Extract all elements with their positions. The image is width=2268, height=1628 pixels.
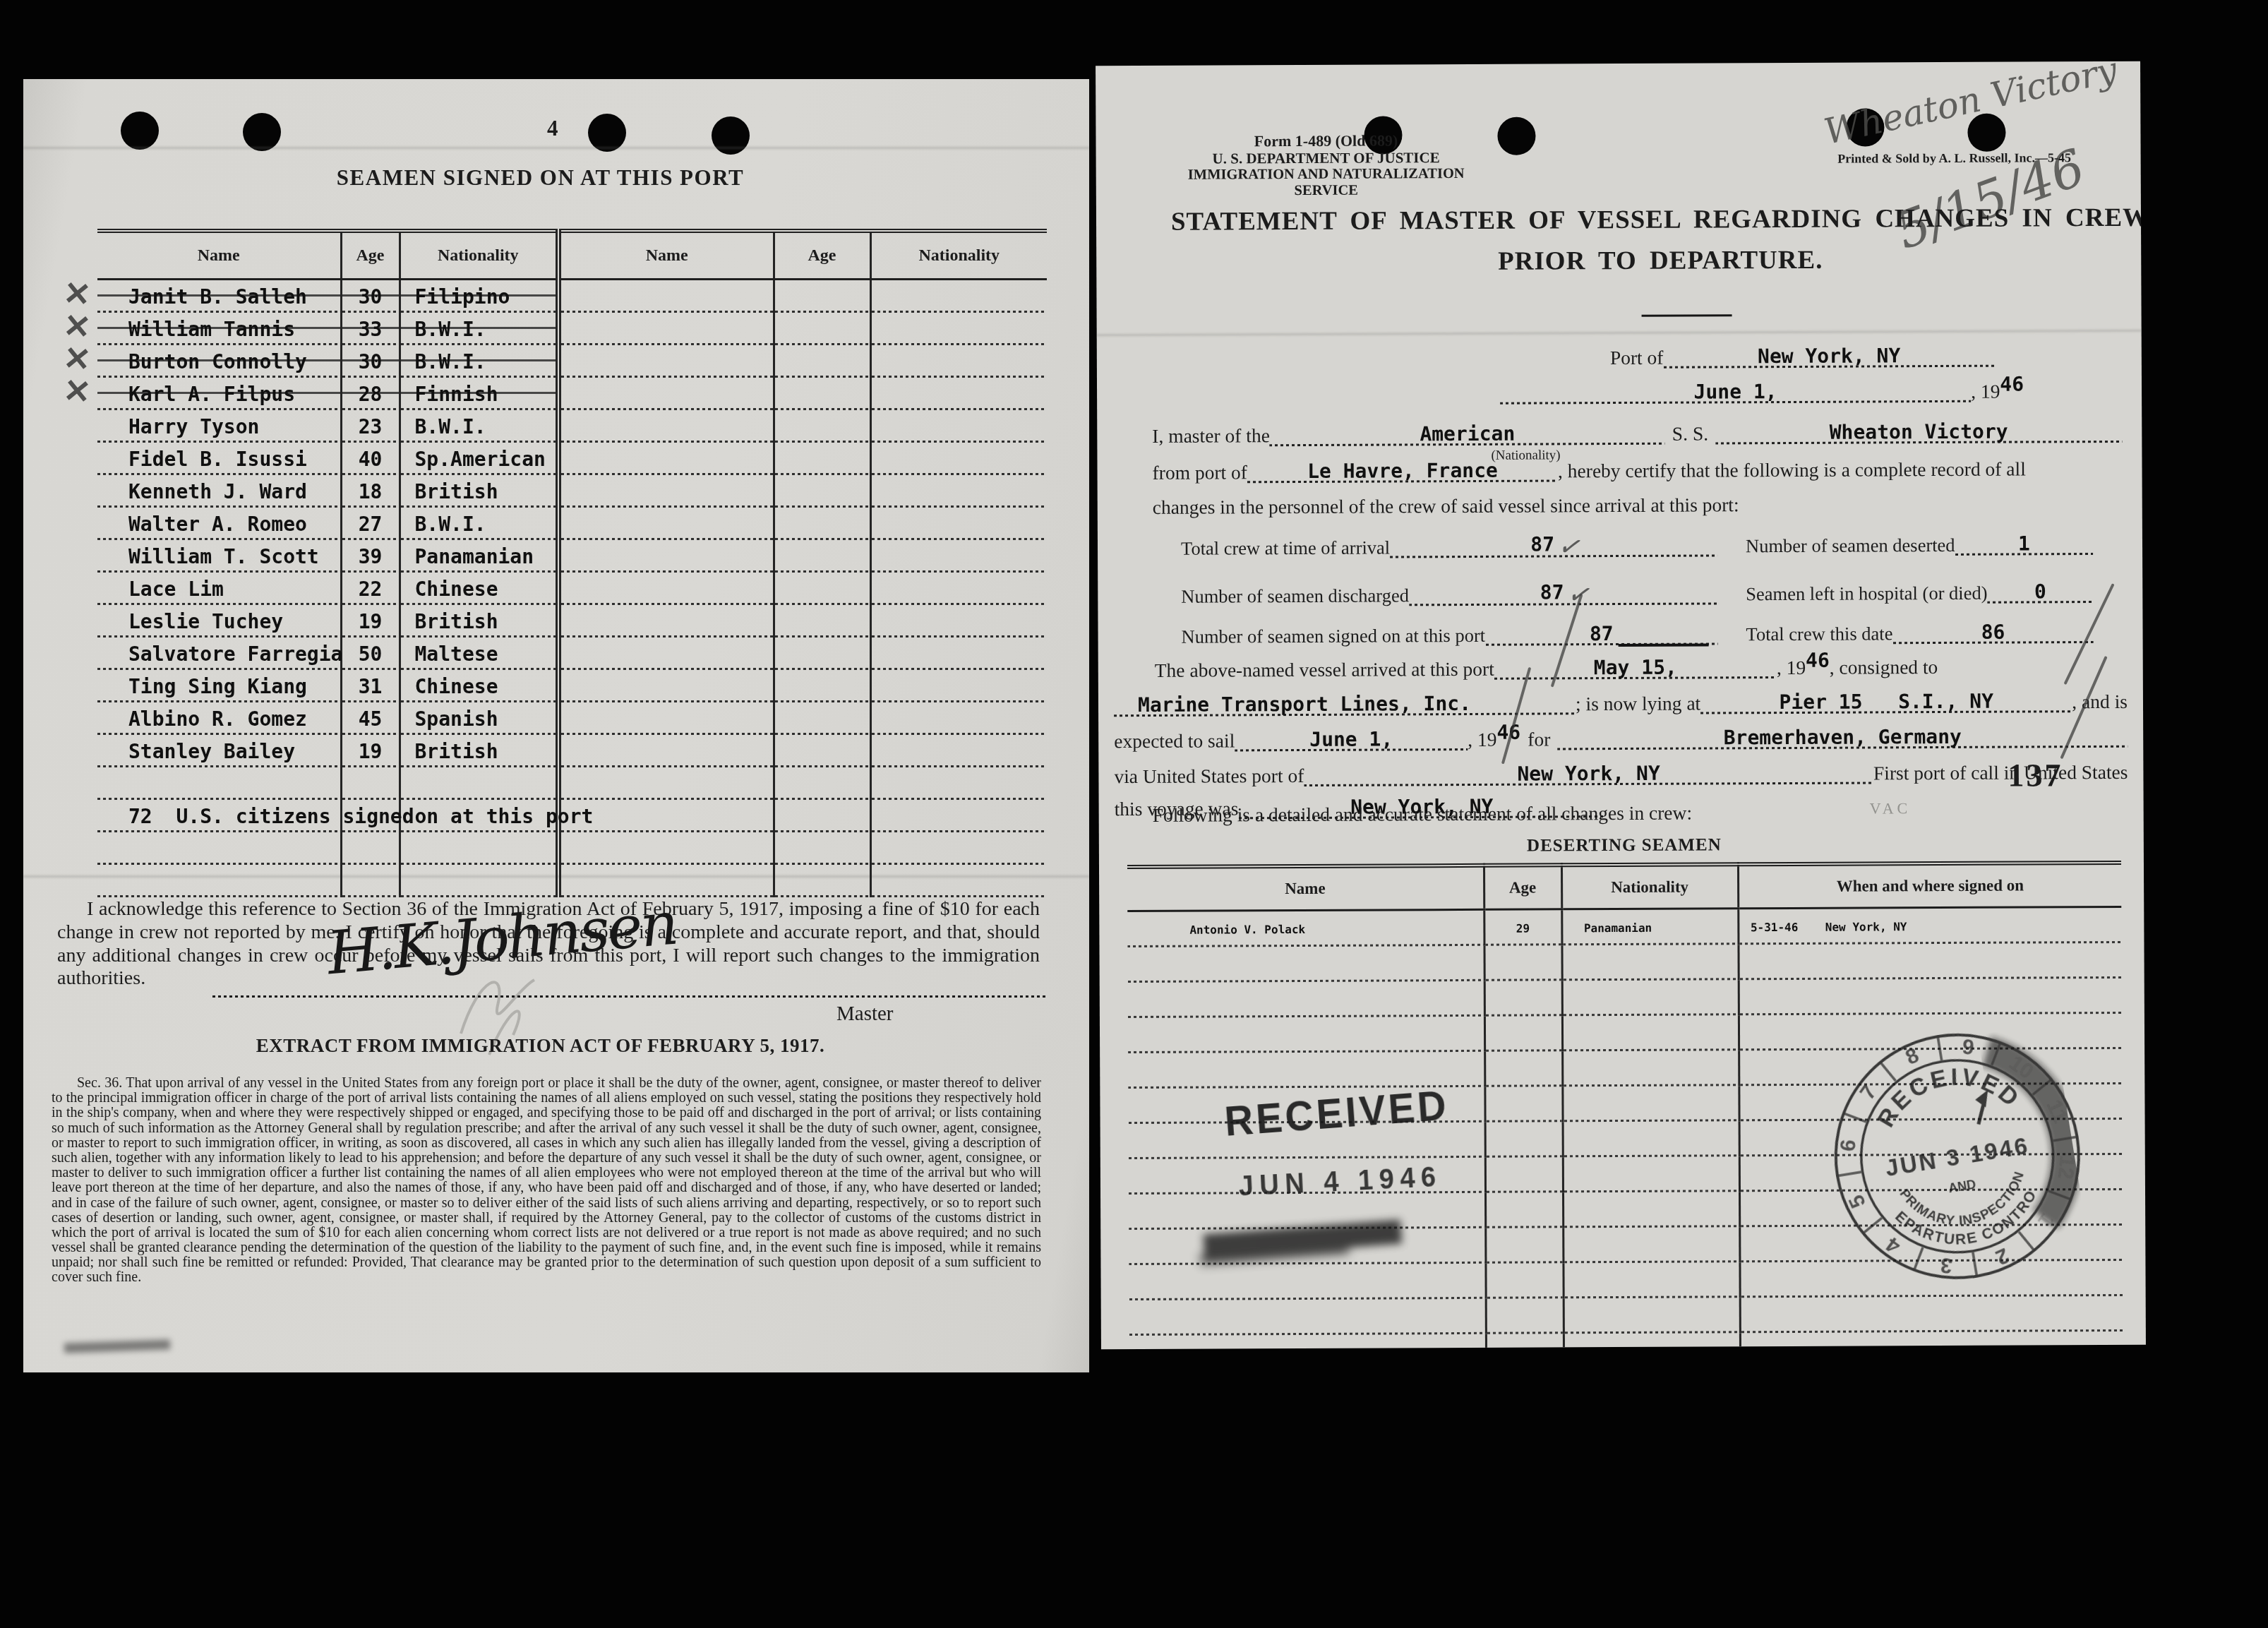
empty-cell — [870, 410, 1047, 443]
seaman-age: 19 — [341, 735, 400, 767]
empty-cell — [558, 410, 774, 443]
empty-cell — [774, 410, 870, 443]
stat-label: Total crew at time of arrival — [1181, 537, 1390, 559]
col-header-nationality: Nationality — [1561, 864, 1738, 909]
col-header-age: Age — [341, 231, 400, 280]
seaman-name: Kenneth J. Ward — [97, 475, 341, 508]
document-number: 137 — [2008, 756, 2063, 794]
empty-cell — [774, 605, 870, 638]
left-page: 4 SEAMEN SIGNED ON AT THIS PORT Name Age… — [23, 79, 1089, 1372]
lying-label: ; is now lying at — [1576, 693, 1700, 716]
seaman-row: Karl A. Filpus28Finnish — [97, 378, 1047, 410]
seaman-row: Lace Lim22Chinese — [97, 573, 1047, 605]
stat-value: 86 — [1981, 621, 2005, 644]
stat-field: 1 — [1955, 532, 2093, 556]
empty-cell — [558, 605, 774, 638]
seaman-row: Walter A. Romeo27B.W.I. — [97, 508, 1047, 540]
seaman-row: William Tannis33B.W.I. — [97, 313, 1047, 345]
first-port-label: First port of call in United States — [1873, 761, 2128, 785]
ss-label: S. S. — [1665, 422, 1715, 445]
seaman-row: Salvatore Farregia50Maltese — [97, 638, 1047, 670]
printer-note: Printed & Sold by A. L. Russell, Inc.—5-… — [1802, 150, 2107, 167]
empty-cell — [558, 508, 774, 540]
empty-cell — [870, 605, 1047, 638]
consignee-value: Marine Transport Lines, Inc. — [1138, 692, 1471, 717]
stat-field: 87 — [1409, 574, 1718, 606]
empty-cell — [774, 378, 870, 410]
seaman-row: Burton Connolly30B.W.I. — [97, 345, 1047, 378]
col-header-signed-on: When and where signed on — [1738, 863, 2121, 909]
punch-hole — [121, 112, 159, 150]
col-header-age: Age — [774, 231, 870, 280]
form-heading-block: Form 1-489 (Old 689) U. S. DEPARTMENT OF… — [1156, 132, 1495, 200]
arrived-date-field: May 15, — [1494, 656, 1777, 681]
seaman-name: Stanley Bailey — [97, 735, 341, 767]
seaman-name: Walter A. Romeo — [97, 508, 341, 540]
seaman-age: 22 — [341, 573, 400, 605]
lying-value: Pier 15 S.I., NY — [1779, 690, 1993, 714]
page-number: 4 — [547, 116, 558, 141]
extract-body: Sec. 36. That upon arrival of any vessel… — [52, 1076, 1041, 1286]
destination-field: Bremerhaven, Germany — [1557, 725, 2128, 751]
seaman-name: Burton Connolly — [97, 345, 341, 378]
arrival-line-2: Marine Transport Lines, Inc. ; is now ly… — [1114, 690, 2128, 717]
round-received-stamp: 123456789101112 RECEIVED JUN 3 1946 PRIM… — [1819, 1018, 2096, 1295]
punch-hole — [243, 113, 281, 151]
empty-cell — [774, 638, 870, 670]
stat-label: Number of seamen deserted — [1746, 534, 1955, 557]
from-port-line: from port of Le Havre, France , hereby c… — [1152, 457, 2122, 484]
seaman-name: Albino R. Gomez — [97, 702, 341, 735]
col-header-name: Name — [558, 231, 774, 280]
empty-cell — [774, 475, 870, 508]
nationality-field: American (Nationality) — [1270, 422, 1665, 447]
stat-value: 87 — [1540, 580, 1564, 604]
from-port-field: Le Havre, France — [1247, 459, 1558, 484]
seaman-nationality: B.W.I. — [400, 313, 558, 345]
empty-cell — [558, 378, 774, 410]
seaman-nationality: Panamanian — [400, 540, 558, 573]
seaman-name: Lace Lim — [97, 573, 341, 605]
arrival-line-1: The above-named vessel arrived at this p… — [1114, 654, 2128, 682]
seaman-row: Ting Sing Kiang31Chinese — [97, 670, 1047, 702]
seaman-age: 31 — [341, 670, 400, 702]
empty-row — [97, 865, 1047, 897]
department-name: U. S. DEPARTMENT OF JUSTICE — [1157, 149, 1496, 167]
seaman-row: Harry Tyson23B.W.I. — [97, 410, 1047, 443]
crew-statistics: Total crew at time of arrival 87 Number … — [1181, 525, 2122, 648]
empty-cell — [870, 378, 1047, 410]
stamp-date-text: JUN 3 1946 — [1883, 1132, 2031, 1182]
seaman-row: Leslie Tuchey19British — [97, 605, 1047, 638]
empty-row — [1127, 943, 2121, 983]
empty-cell — [870, 638, 1047, 670]
empty-cell — [774, 540, 870, 573]
via-value: New York, NY — [1517, 762, 1660, 786]
seaman-row: Fidel B. Isussi40Sp.American — [97, 443, 1047, 475]
summary-text-right: on at this port — [400, 800, 558, 832]
empty-cell — [774, 702, 870, 735]
seaman-name: Ting Sing Kiang — [97, 670, 341, 702]
stat-value: 87 — [1590, 622, 1614, 645]
seaman-nationality: British — [400, 735, 558, 767]
empty-cell — [870, 573, 1047, 605]
seaman-name: Leslie Tuchey — [97, 605, 341, 638]
seaman-name: William Tannis — [97, 313, 341, 345]
port-of-line: Port of New York, NY — [1610, 345, 1995, 369]
scanned-crew-document: 4 SEAMEN SIGNED ON AT THIS PORT Name Age… — [0, 0, 2268, 1628]
empty-cell — [341, 800, 400, 832]
empty-cell — [558, 313, 774, 345]
following-text: Following is a detailed and accurate sta… — [1153, 802, 1693, 827]
col-header-age: Age — [1484, 865, 1561, 909]
seaman-age: 50 — [341, 638, 400, 670]
empty-cell — [774, 508, 870, 540]
empty-cell — [774, 345, 870, 378]
empty-cell — [774, 443, 870, 475]
stat-field: 86 — [1892, 621, 2093, 645]
stat-value: 1 — [2018, 532, 2030, 555]
arrival-line-4: via United States port of New York, NY F… — [1114, 760, 2128, 788]
deserter-signed-on: 5-31-46 New York, NY — [1738, 906, 2121, 945]
seaman-name: Janit B. Salleh — [97, 280, 341, 313]
empty-cell — [558, 800, 774, 832]
consigned-label: , consigned to — [1830, 656, 1938, 679]
port-label: Port of — [1610, 347, 1664, 369]
extract-title: EXTRACT FROM IMMIGRATION ACT OF FEBRUARY… — [66, 1035, 1015, 1057]
seaman-age: 18 — [341, 475, 400, 508]
empty-cell — [774, 313, 870, 345]
empty-cell — [870, 702, 1047, 735]
empty-cell — [774, 573, 870, 605]
date-field: June 1, — [1500, 380, 1971, 405]
seaman-age: 27 — [341, 508, 400, 540]
stat-line: Seamen left in hospital (or died) 0 — [1746, 573, 2121, 605]
seaman-nationality: Sp.American — [400, 443, 558, 475]
empty-row — [1128, 978, 2122, 1018]
document-title-line2: PRIOR TO DEPARTURE. — [1166, 244, 2146, 278]
date-value: June 1, — [1693, 380, 1777, 404]
stamp-dial-number: 8 — [1902, 1043, 1923, 1070]
sail-date-field: June 1, — [1235, 728, 1468, 752]
stat-value: 0 — [2034, 580, 2046, 603]
stat-value: 87 — [1530, 532, 1554, 556]
seaman-nationality: Finnish — [400, 378, 558, 410]
certify-text: , hereby certify that the following is a… — [1558, 457, 2026, 482]
master-label: Master — [836, 1002, 894, 1026]
seaman-age: 30 — [341, 345, 400, 378]
empty-cell — [870, 508, 1047, 540]
deserter-nationality: Panamanian — [1561, 909, 1738, 946]
stamp-dial-number: 4 — [1882, 1232, 1905, 1258]
ink-smudge — [64, 1339, 170, 1353]
empty-cell — [558, 540, 774, 573]
seaman-nationality: B.W.I. — [400, 508, 558, 540]
empty-cell — [558, 670, 774, 702]
empty-cell — [870, 540, 1047, 573]
stamp-dial-number: 9 — [1961, 1035, 1975, 1060]
stamp-dial-number: 3 — [1939, 1253, 1953, 1278]
stat-line: Total crew at time of arrival 87 — [1181, 526, 1746, 559]
stat-label: Seamen left in hospital (or died) — [1746, 582, 1987, 605]
from-port-value: Le Havre, France — [1307, 459, 1498, 483]
master-label: I, master of the — [1152, 424, 1270, 448]
seaman-row: Kenneth J. Ward18British — [97, 475, 1047, 508]
for-label: for — [1520, 728, 1557, 750]
year-prefix: , 19 — [1971, 381, 2000, 403]
deserting-seamen-title: DESERTING SEAMEN — [1150, 834, 2099, 858]
empty-row — [97, 832, 1047, 865]
check-mark — [1555, 530, 1588, 563]
title-rule — [1642, 314, 1732, 317]
table-header-row: Name Age Nationality Name Age Nationalit… — [97, 231, 1047, 280]
seaman-nationality: Filipino — [400, 280, 558, 313]
service-name: IMMIGRATION AND NATURALIZATION SERVICE — [1157, 166, 1496, 200]
from-port-label: from port of — [1152, 461, 1247, 484]
empty-cell — [558, 638, 774, 670]
via-label: via United States port of — [1114, 765, 1304, 788]
form-number: Form 1-489 (Old 689) — [1156, 132, 1495, 151]
col-header-nationality: Nationality — [870, 231, 1047, 280]
stamp-dial-number: 7 — [1856, 1081, 1882, 1104]
year-prefix: , 19 — [1468, 729, 1496, 751]
faint-pencil-note: VAC — [1870, 799, 1912, 818]
empty-cell — [558, 735, 774, 767]
col-header-name: Name — [97, 231, 341, 280]
empty-cell — [774, 800, 870, 832]
consignee-field: Marine Transport Lines, Inc. — [1114, 692, 1576, 717]
stat-line: Number of seamen discharged 87 — [1181, 574, 1746, 607]
year-prefix: , 19 — [1777, 657, 1806, 679]
seaman-nationality: B.W.I. — [400, 345, 558, 378]
table-header-row: Name Age Nationality When and where sign… — [1127, 863, 2121, 911]
seaman-name: Fidel B. Isussi — [97, 443, 341, 475]
seamen-signed-on-table: Name Age Nationality Name Age Nationalit… — [97, 229, 1047, 897]
us-citizens-summary-row: 72 U.S. citizens signedon at this port — [97, 800, 1047, 832]
seaman-age: 19 — [341, 605, 400, 638]
seaman-nationality: Maltese — [400, 638, 558, 670]
seaman-name: Karl A. Filpus — [97, 378, 341, 410]
empty-cell — [774, 670, 870, 702]
document-title-line1: STATEMENT OF MASTER OF VESSEL REGARDING … — [1166, 203, 2146, 237]
empty-cell — [558, 280, 774, 313]
empty-cell — [774, 735, 870, 767]
empty-cell — [558, 475, 774, 508]
right-page: Wheaton Victory 5/15/46 Form 1-489 (Old … — [1096, 61, 2146, 1349]
stat-line: Number of seamen deserted 1 — [1746, 525, 2121, 557]
col-header-name: Name — [1127, 866, 1484, 911]
section-rule — [1619, 643, 1709, 647]
empty-cell — [558, 702, 774, 735]
summary-text-left: 72 U.S. citizens signed — [97, 800, 341, 832]
stamp-dial-number: 5 — [1844, 1191, 1871, 1211]
vessel-field: Wheaton Victory — [1715, 420, 2122, 445]
signature-line — [212, 995, 1047, 998]
empty-cell — [558, 443, 774, 475]
seaman-row: Stanley Bailey19British — [97, 735, 1047, 767]
vessel-value: Wheaton Victory — [1830, 420, 2008, 444]
empty-cell — [774, 280, 870, 313]
date-year: 46 — [2000, 373, 2024, 396]
empty-row — [97, 767, 1047, 800]
deserter-name: Antonio V. Polack — [1127, 909, 1484, 947]
stamp-dial-number: 2 — [1992, 1243, 2012, 1269]
seaman-age: 45 — [341, 702, 400, 735]
arrived-label: The above-named vessel arrived at this p… — [1114, 658, 1494, 682]
punch-hole — [588, 114, 626, 152]
seaman-nationality: Chinese — [400, 670, 558, 702]
seaman-name: Salvatore Farregia — [97, 638, 341, 670]
punch-hole — [1497, 117, 1535, 155]
seaman-age: 39 — [341, 540, 400, 573]
seaman-row: Janit B. Salleh30Filipino — [97, 280, 1047, 313]
lying-field: Pier 15 S.I., NY — [1700, 690, 2072, 714]
arrival-line-3: expected to sail June 1, , 19 46 for Bre… — [1114, 725, 2128, 753]
stat-label: Number of seamen discharged — [1181, 585, 1409, 607]
changes-text: changes in the personnel of the crew of … — [1153, 493, 1739, 519]
stat-field: 0 — [1987, 580, 2093, 604]
seamen-table-body: Janit B. Salleh30FilipinoWilliam Tannis3… — [97, 280, 1047, 898]
seaman-nationality: Chinese — [400, 573, 558, 605]
port-value: New York, NY — [1758, 344, 1900, 368]
empty-cell — [558, 573, 774, 605]
empty-cell — [870, 735, 1047, 767]
seaman-name: Harry Tyson — [97, 410, 341, 443]
col-header-nationality: Nationality — [400, 231, 558, 280]
seaman-age: 30 — [341, 280, 400, 313]
empty-cell — [870, 443, 1047, 475]
stat-field: 87 — [1390, 526, 1717, 558]
empty-cell — [870, 345, 1047, 378]
destination-value: Bremerhaven, Germany — [1724, 725, 1962, 749]
deserting-seaman-row: Antonio V. Polack29Panamanian5-31-46 New… — [1127, 906, 2121, 947]
seaman-row: Albino R. Gomez45Spanish — [97, 702, 1047, 735]
arrived-date: May 15, — [1594, 656, 1677, 680]
empty-cell — [870, 475, 1047, 508]
seaman-nationality: B.W.I. — [400, 410, 558, 443]
empty-cell — [870, 800, 1047, 832]
stamp-dial-number: 6 — [1836, 1138, 1861, 1152]
seaman-nationality: Spanish — [400, 702, 558, 735]
via-field: New York, NY — [1304, 761, 1873, 787]
seaman-age: 33 — [341, 313, 400, 345]
nationality-value: American — [1420, 422, 1515, 446]
seaman-age: 40 — [341, 443, 400, 475]
seaman-name: William T. Scott — [97, 540, 341, 573]
seaman-row: William T. Scott39Panamanian — [97, 540, 1047, 573]
empty-row — [1129, 1296, 2123, 1336]
seaman-age: 28 — [341, 378, 400, 410]
arrived-year: 46 — [1806, 649, 1830, 672]
seaman-nationality: British — [400, 605, 558, 638]
stat-label: Number of seamen signed on at this port — [1182, 625, 1486, 648]
stat-line: Total crew this date 86 — [1746, 621, 2121, 645]
left-page-title: SEAMEN SIGNED ON AT THIS PORT — [66, 165, 1015, 191]
sail-date: June 1, — [1309, 727, 1393, 751]
stat-label: Total crew this date — [1746, 623, 1892, 645]
sail-label: expected to sail — [1114, 729, 1235, 753]
seaman-nationality: British — [400, 475, 558, 508]
master-line: I, master of the American (Nationality) … — [1152, 420, 2122, 448]
deserter-age: 29 — [1484, 909, 1561, 946]
empty-cell — [870, 313, 1047, 345]
empty-cell — [558, 345, 774, 378]
port-field: New York, NY — [1663, 345, 1995, 369]
seaman-age: 23 — [341, 410, 400, 443]
stamp-and-text: AND — [1948, 1177, 1977, 1195]
date-line: June 1, , 19 46 — [1500, 380, 2024, 405]
empty-cell — [870, 670, 1047, 702]
empty-cell — [870, 280, 1047, 313]
